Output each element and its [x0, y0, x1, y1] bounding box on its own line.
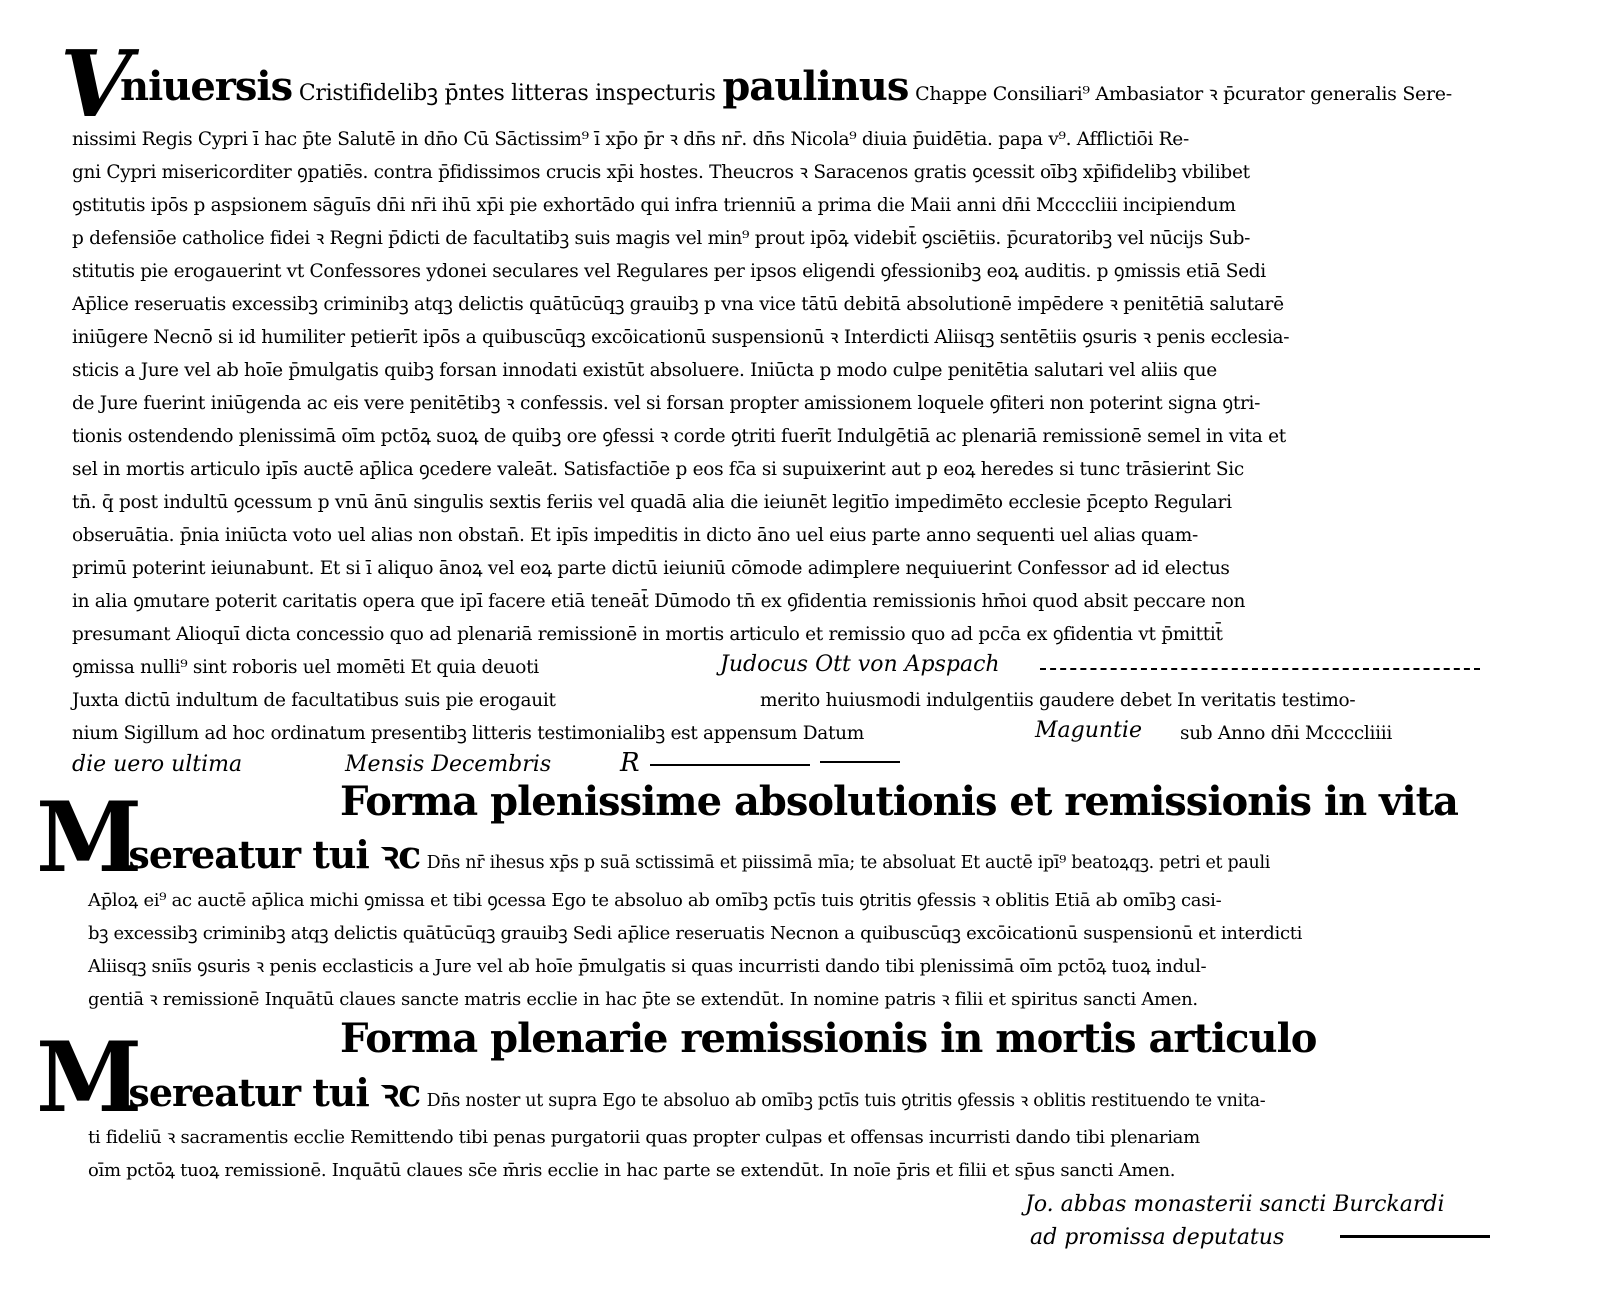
misereatur-words: isereatur tui ꝛc [115, 1070, 420, 1115]
text-line: obseruātia. p̄nia iniūcta voto uel alias… [72, 523, 1198, 549]
text-line: Ap̄loꝝ ei⁹ ac auctē ap̄lica michi ꝯmissa… [88, 888, 1221, 914]
text-line: bꝫ excessibꝫ criminibꝫ atqꝫ delictis quā… [88, 921, 1302, 947]
text-line: primū poterint ieiunabunt. Et si ī aliqu… [72, 556, 1230, 582]
first-line-rest: Dn̄s noster ut supra Ego te absoluo ab o… [427, 1091, 1266, 1111]
flourish-stroke [650, 764, 810, 766]
blank-fill-line [1040, 668, 1480, 670]
text-line: presumant Alioquī dicta concessio quo ad… [72, 622, 1223, 648]
indulgence-page: V niuersis Cristifidelibꝫ p̄ntes littera… [0, 0, 1600, 1296]
handwritten-signature-line2: ad promissa deputatus [1030, 1225, 1284, 1250]
first-word: niuersis [120, 63, 292, 110]
lead-rest: Chappe Consiliari⁹ Ambasiator ꝛ p̄curato… [915, 83, 1452, 105]
text-line: sub Anno dn̄i Mccccliiii [1180, 721, 1392, 747]
text-line: in alia ꝯmutare poterit caritatis opera … [72, 589, 1245, 615]
section-heading-in-vita: Forma plenissime absolutionis et remissi… [340, 778, 1458, 825]
text-line: tn̄. q̄ post indultū ꝯcessum p vnū ānū s… [72, 490, 1232, 516]
text-line: ti fideliū ꝛ sacramentis ecclie Remitten… [88, 1125, 1200, 1151]
handwritten-day: die uero ultima [72, 752, 242, 777]
opening-line: niuersis Cristifidelibꝫ p̄ntes litteras … [120, 74, 1452, 107]
text-line: Juxta dictū indultum de facultatibus sui… [72, 688, 556, 714]
text-line: Aliisqꝫ sniīs ꝯsuris ꝛ penis ecclasticis… [88, 954, 1206, 980]
text-line: iniūgere Necnō si id humiliter petierīt … [72, 325, 1289, 351]
handwritten-recipient-name: Judocus Ott von Apspach [720, 652, 1000, 677]
text-line: ꝯmissa nulli⁹ sint roboris uel momēti Et… [72, 655, 539, 681]
absolution-first-line: isereatur tui ꝛc Dn̄s nr̄ ihesus xp̄s p … [115, 842, 1270, 876]
misereatur-words: isereatur tui ꝛc [115, 832, 420, 877]
text-line: tionis ostendendo plenissimā oīm pctōꝝ s… [72, 424, 1286, 450]
text-line: p defensiōe catholice fidei ꝛ Regni p̄di… [72, 226, 1250, 252]
handwritten-signature-line1: Jo. abbas monasterii sancti Burckardi [1025, 1192, 1445, 1217]
text-line: gentiā ꝛ remissionē Inquātū claues sanct… [88, 987, 1198, 1013]
commissioner-name: paulinus [722, 63, 908, 110]
text-line: merito huiusmodi indulgentiis gaudere de… [760, 688, 1355, 714]
text-line: sticis a Jure vel ab hoīe p̄mulgatis qui… [72, 358, 1217, 384]
lead-text: Cristifidelibꝫ p̄ntes litteras inspectur… [299, 81, 716, 106]
absolution-first-line: isereatur tui ꝛc Dn̄s noster ut supra Eg… [115, 1080, 1265, 1114]
text-line: de Jure fuerint iniūgenda ac eis vere pe… [72, 391, 1260, 417]
handwritten-mark: R [620, 748, 640, 778]
text-line: ꝯstitutis ipōs p aspsionem sāguīs dn̄i n… [72, 193, 1236, 219]
text-line: nium Sigillum ad hoc ordinatum presentib… [72, 721, 864, 747]
text-line: Ap̄lice reseruatis excessibꝫ criminibꝫ a… [72, 292, 1284, 318]
text-line: nissimi Regis Cypri ī hac p̄te Salutē in… [72, 127, 1189, 153]
text-line: sel in mortis articulo ipīs auctē ap̄lic… [72, 457, 1244, 483]
signature-flourish [1340, 1235, 1490, 1238]
text-line: stitutis pie erogauerint vt Confessores … [72, 259, 1266, 285]
section-heading-mortis-articulo: Forma plenarie remissionis in mortis art… [340, 1015, 1316, 1062]
first-line-rest: Dn̄s nr̄ ihesus xp̄s p suā sctissimā et … [427, 853, 1270, 873]
handwritten-month: Mensis Decembris [345, 752, 551, 777]
handwritten-place: Maguntie [1035, 718, 1142, 743]
flourish-stroke [820, 761, 900, 763]
text-line: gni Cypri misericorditer ꝯpatiēs. contra… [72, 160, 1250, 186]
text-line: oīm pctōꝝ tuoꝝ remissionē. Inquātū claue… [88, 1158, 1175, 1184]
